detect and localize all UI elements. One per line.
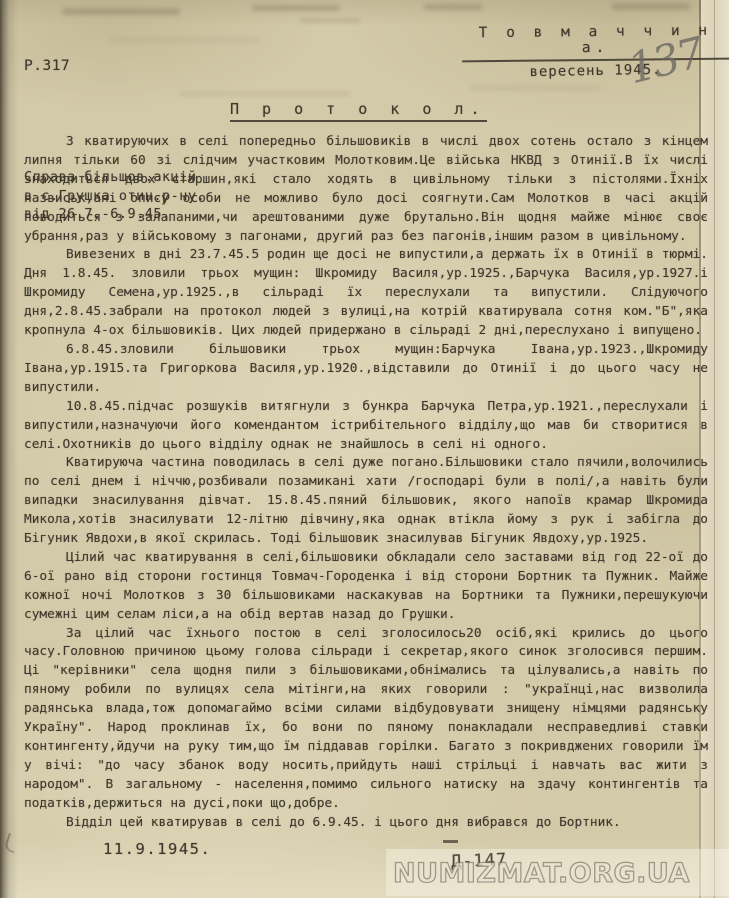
stamp-dash (443, 840, 458, 843)
bleed-through-smudge (252, 5, 340, 11)
document-scan-page: Р.317 Справа більшов.акційв с.Грушка оти… (0, 0, 729, 898)
document-title: П р о т о к о л. (230, 100, 487, 122)
protocol-paragraph: 6.8.45.зловили більшовики трьох мущин:Ба… (24, 341, 708, 398)
protocol-paragraph: За цілий час їхнього постою в селі зголо… (24, 625, 708, 814)
bleed-through-smudge (62, 8, 180, 15)
bleed-through-smudge (300, 18, 360, 23)
protocol-paragraph: Кватируюча частина поводилась в селі дуж… (24, 454, 708, 549)
protocol-paragraph: 10.8.45.підчас розшуків витягнули з бунк… (24, 398, 708, 455)
protocol-body: З кватируючих в селі попередньо більшови… (24, 133, 708, 833)
scan-left-edge (0, 0, 18, 898)
bleed-through-smudge (470, 86, 600, 90)
protocol-paragraph: З кватируючих в селі попередньо більшови… (24, 133, 708, 246)
protocol-paragraph: Вивезених в дні 23.7.45.5 родин ще досі … (24, 246, 708, 341)
underlying-page-edge-line (714, 0, 715, 898)
protocol-paragraph: Відділ цей кватирував в селі до 6.9.45. … (24, 814, 708, 833)
signature-date: 11.9.1945. (103, 840, 211, 858)
bleed-through-smudge (612, 3, 690, 10)
bleed-through-smudge (180, 92, 350, 96)
site-watermark: NUMIZMAT.ORG.UA (393, 858, 729, 889)
protocol-paragraph: Цілий час кватирування в селі,більшовики… (24, 549, 708, 625)
case-reference-number: Р.317 (24, 57, 205, 76)
bleed-through-smudge (424, 4, 482, 10)
